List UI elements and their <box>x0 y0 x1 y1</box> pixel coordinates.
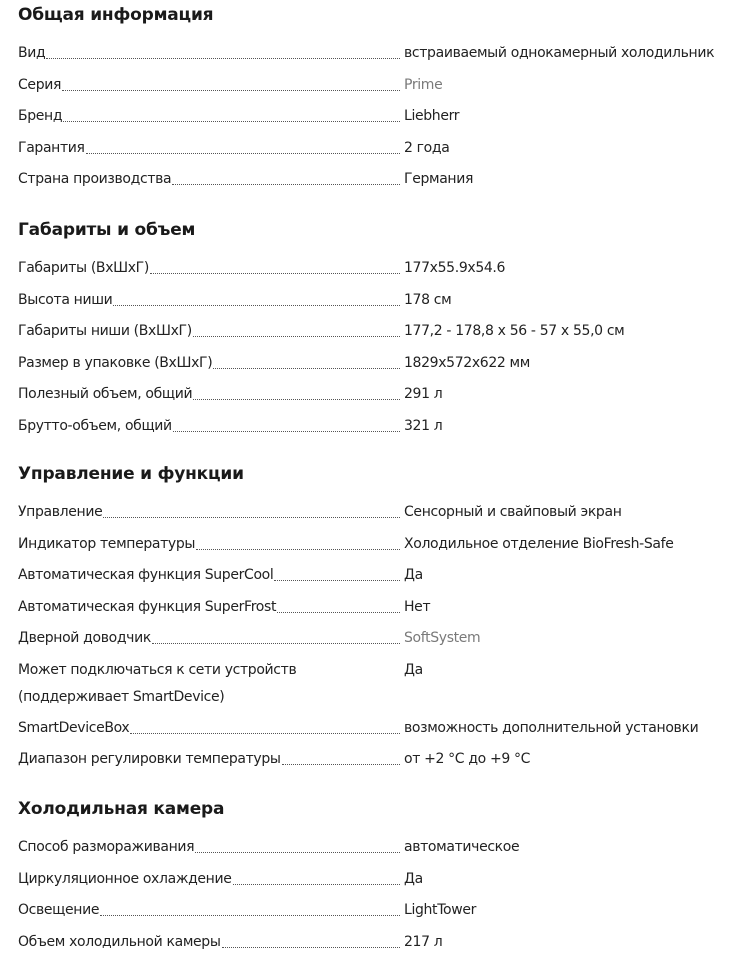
spec-row: Может подключаться к сети устройств (под… <box>18 656 698 714</box>
spec-row: УправлениеСенсорный и свайповый экран <box>18 498 698 530</box>
spec-row: Способ размораживанияавтоматическое <box>18 833 519 865</box>
spec-label-wrap: Индикатор температуры <box>18 530 400 554</box>
spec-label-wrap: SmartDeviceBox <box>18 714 400 738</box>
spec-label: Способ размораживания <box>18 838 194 857</box>
section-fridge-compartment: Холодильная камера Способ размораживания… <box>18 795 519 959</box>
spec-label: Высота ниши <box>18 291 112 310</box>
spec-label: Вид <box>18 44 45 63</box>
dotted-leader <box>113 304 400 306</box>
spec-label-wrap: Полезный объем, общий <box>18 380 400 404</box>
spec-value: 1829x572x622 мм <box>400 349 530 373</box>
spec-label: Дверной доводчик <box>18 629 151 648</box>
dotted-leader <box>222 946 400 948</box>
spec-label-wrap: Серия <box>18 71 400 95</box>
section-title: Общая информация <box>18 1 714 29</box>
spec-value: Холодильное отделение BioFresh-Safe <box>400 530 673 554</box>
dotted-leader <box>274 579 400 581</box>
dotted-leader <box>62 89 400 91</box>
section-title: Холодильная камера <box>18 795 519 823</box>
spec-label-wrap: Объем холодильной камеры <box>18 928 400 952</box>
spec-label-wrap: Автоматическая функция SuperCool <box>18 561 400 585</box>
spec-value: 177,2 - 178,8 x 56 - 57 x 55,0 см <box>400 317 624 341</box>
spec-row: Индикатор температурыХолодильное отделен… <box>18 530 698 562</box>
dotted-leader <box>46 57 400 59</box>
spec-value: Да <box>400 865 423 889</box>
section-dimensions-volume: Габариты и объем Габариты (ВхШхГ)177x55.… <box>18 216 624 443</box>
spec-label-wrap: Размер в упаковке (ВхШхГ) <box>18 349 400 373</box>
dotted-leader <box>130 732 400 734</box>
spec-value: возможность дополнительной установки <box>400 714 698 738</box>
spec-label: Управление <box>18 503 102 522</box>
spec-label-wrap: Может подключаться к сети устройств (под… <box>18 656 400 711</box>
spec-row: БрендLiebherr <box>18 102 714 134</box>
spec-label: Брутто-объем, общий <box>18 417 172 436</box>
spec-row: Брутто-объем, общий321 л <box>18 412 624 444</box>
spec-value: Liebherr <box>400 102 459 126</box>
dotted-leader <box>196 548 400 550</box>
spec-value: Нет <box>400 593 430 617</box>
spec-label: Автоматическая функция SuperFrost <box>18 598 276 617</box>
spec-row: Диапазон регулировки температурыот +2 °С… <box>18 745 698 777</box>
spec-row: Автоматическая функция SuperCoolДа <box>18 561 698 593</box>
spec-label: Гарантия <box>18 139 85 158</box>
dotted-leader <box>150 272 400 274</box>
spec-row: SmartDeviceBoxвозможность дополнительной… <box>18 714 698 746</box>
dotted-leader <box>277 611 400 613</box>
spec-value-link[interactable]: SoftSystem <box>400 624 480 648</box>
spec-label-wrap: Габариты ниши (ВхШхГ) <box>18 317 400 341</box>
spec-label: Объем холодильной камеры <box>18 933 221 952</box>
dotted-leader <box>213 367 400 369</box>
spec-row: Страна производстваГермания <box>18 165 714 197</box>
spec-label-wrap: Бренд <box>18 102 400 126</box>
dotted-leader <box>233 883 401 885</box>
spec-value: 217 л <box>400 928 442 952</box>
spec-label: Бренд <box>18 107 62 126</box>
spec-label-wrap: Вид <box>18 39 400 63</box>
dotted-leader <box>63 120 400 122</box>
spec-label-wrap: Габариты (ВхШхГ) <box>18 254 400 278</box>
spec-value: встраиваемый однокамерный холодильник <box>400 39 714 63</box>
spec-label-wrap: Дверной доводчик <box>18 624 400 648</box>
spec-value: 178 см <box>400 286 451 310</box>
spec-label-wrap: Брутто-объем, общий <box>18 412 400 436</box>
spec-value: Да <box>400 656 423 680</box>
spec-row: ОсвещениеLightTower <box>18 896 519 928</box>
section-general-info: Общая информация Видвстраиваемый однокам… <box>18 1 714 197</box>
spec-list: Видвстраиваемый однокамерный холодильник… <box>18 39 714 197</box>
spec-value: 2 года <box>400 134 449 158</box>
spec-list: Габариты (ВхШхГ)177x55.9x54.6Высота ниши… <box>18 254 624 443</box>
dotted-leader <box>100 914 400 916</box>
section-title: Управление и функции <box>18 460 698 488</box>
spec-row: СерияPrime <box>18 71 714 103</box>
spec-label: Освещение <box>18 901 99 920</box>
spec-label: Размер в упаковке (ВхШхГ) <box>18 354 212 373</box>
spec-row: Размер в упаковке (ВхШхГ)1829x572x622 мм <box>18 349 624 381</box>
spec-row: Габариты (ВхШхГ)177x55.9x54.6 <box>18 254 624 286</box>
dotted-leader <box>152 642 400 644</box>
spec-label-wrap: Управление <box>18 498 400 522</box>
spec-label-wrap: Страна производства <box>18 165 400 189</box>
spec-label: SmartDeviceBox <box>18 719 129 738</box>
spec-row: Автоматическая функция SuperFrostНет <box>18 593 698 625</box>
spec-label: Страна производства <box>18 170 171 189</box>
spec-label-wrap: Диапазон регулировки температуры <box>18 745 400 769</box>
dotted-leader <box>172 183 400 185</box>
spec-row: Полезный объем, общий291 л <box>18 380 624 412</box>
dotted-leader <box>282 763 400 765</box>
dotted-leader <box>193 398 400 400</box>
spec-value: 177x55.9x54.6 <box>400 254 505 278</box>
spec-list: Способ размораживанияавтоматическоеЦирку… <box>18 833 519 959</box>
dotted-leader <box>103 516 400 518</box>
spec-label: Диапазон регулировки температуры <box>18 750 281 769</box>
spec-value: 291 л <box>400 380 442 404</box>
spec-label-wrap: Способ размораживания <box>18 833 400 857</box>
spec-label: Габариты (ВхШхГ) <box>18 259 149 278</box>
spec-value: Сенсорный и свайповый экран <box>400 498 622 522</box>
spec-row: Габариты ниши (ВхШхГ)177,2 - 178,8 x 56 … <box>18 317 624 349</box>
spec-value: 321 л <box>400 412 442 436</box>
spec-row: Циркуляционное охлаждениеДа <box>18 865 519 897</box>
spec-label-wrap: Циркуляционное охлаждение <box>18 865 400 889</box>
spec-list: УправлениеСенсорный и свайповый экранИнд… <box>18 498 698 777</box>
spec-label: Полезный объем, общий <box>18 385 192 404</box>
spec-row: Гарантия2 года <box>18 134 714 166</box>
spec-label: Может подключаться к сети устройств (под… <box>18 657 400 711</box>
spec-label: Индикатор температуры <box>18 535 195 554</box>
spec-label: Габариты ниши (ВхШхГ) <box>18 322 192 341</box>
spec-row: Дверной доводчикSoftSystem <box>18 624 698 656</box>
spec-value: LightTower <box>400 896 476 920</box>
spec-label: Циркуляционное охлаждение <box>18 870 232 889</box>
spec-value: автоматическое <box>400 833 519 857</box>
spec-label-wrap: Освещение <box>18 896 400 920</box>
spec-value: от +2 °С до +9 °С <box>400 745 530 769</box>
spec-label: Серия <box>18 76 61 95</box>
dotted-leader <box>86 152 400 154</box>
section-controls-functions: Управление и функции УправлениеСенсорный… <box>18 460 698 777</box>
dotted-leader <box>173 430 400 432</box>
spec-row: Высота ниши178 см <box>18 286 624 318</box>
section-title: Габариты и объем <box>18 216 624 244</box>
dotted-leader <box>193 335 400 337</box>
spec-label: Автоматическая функция SuperCool <box>18 566 273 585</box>
spec-row: Объем холодильной камеры217 л <box>18 928 519 960</box>
dotted-leader <box>195 851 400 853</box>
spec-value: Германия <box>400 165 473 189</box>
spec-label-wrap: Автоматическая функция SuperFrost <box>18 593 400 617</box>
spec-value-link[interactable]: Prime <box>400 71 442 95</box>
spec-label-wrap: Высота ниши <box>18 286 400 310</box>
spec-label-wrap: Гарантия <box>18 134 400 158</box>
spec-row: Видвстраиваемый однокамерный холодильник <box>18 39 714 71</box>
spec-value: Да <box>400 561 423 585</box>
